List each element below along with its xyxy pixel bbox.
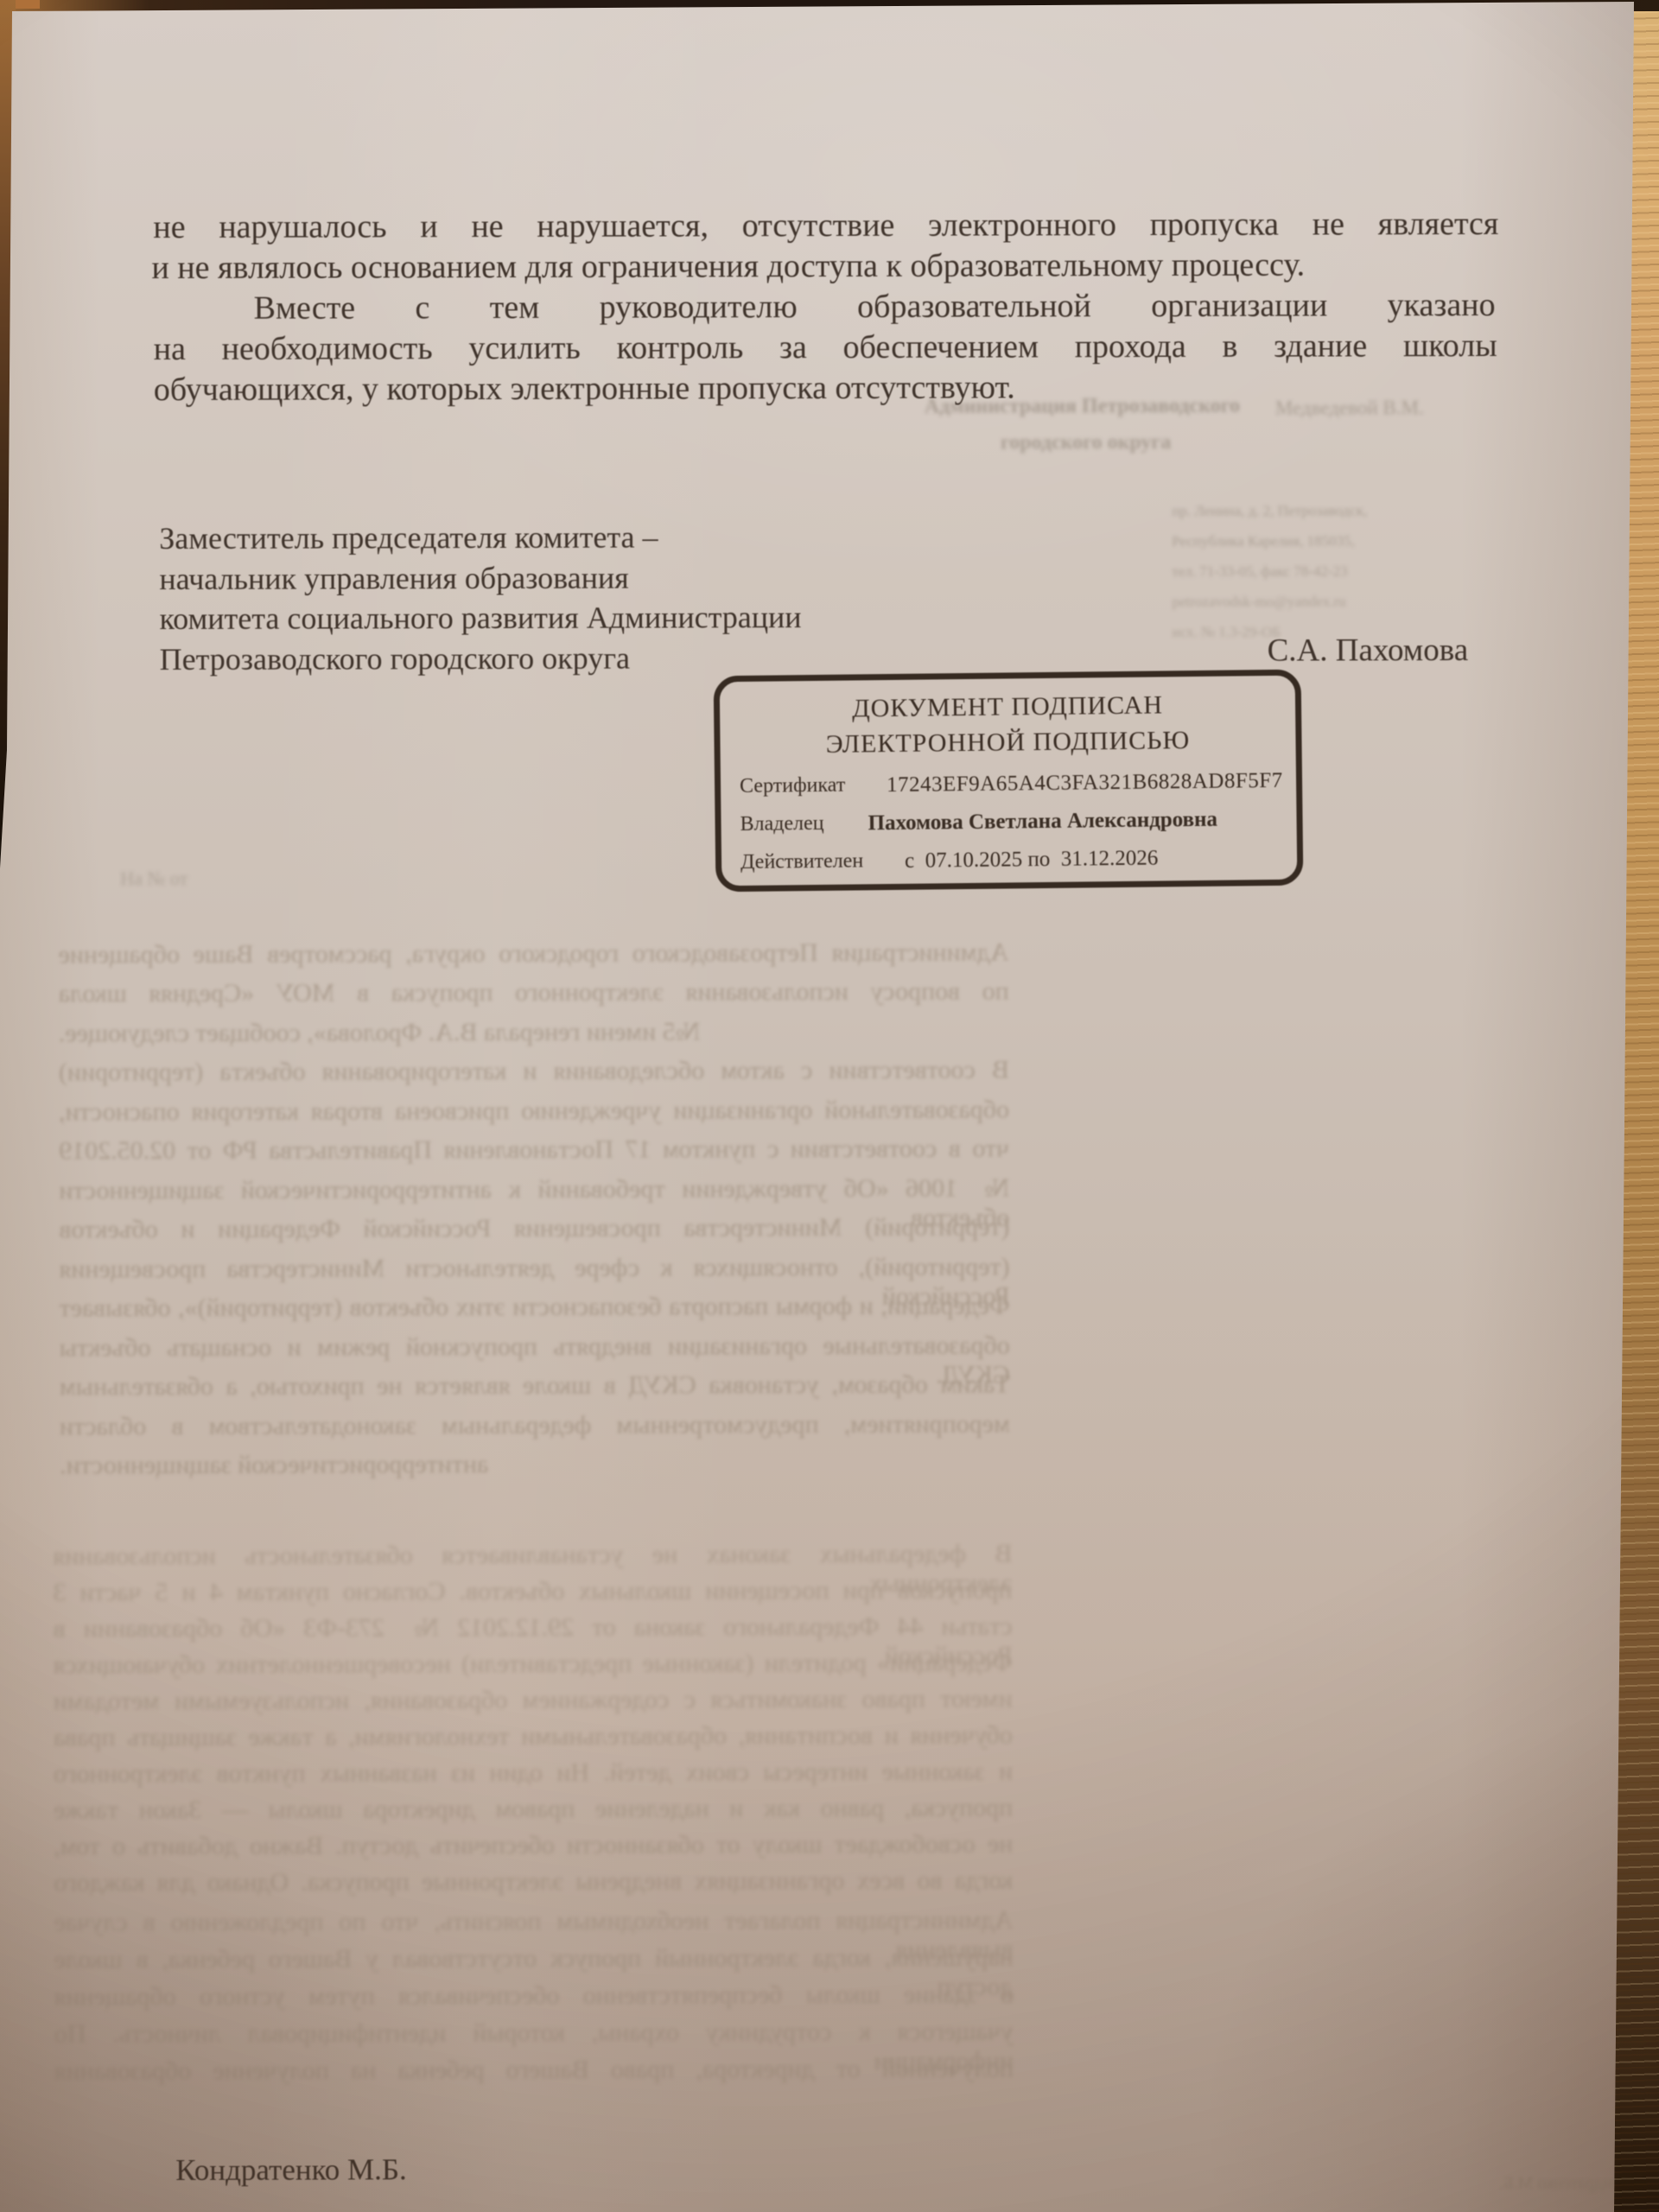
owner-row: Владелец Пахомова Светлана Александровна (740, 808, 1217, 837)
certificate-row: Сертификат 17243EF9A65A4C3FA321B6828AD8F… (740, 769, 1283, 799)
certificate-label: Сертификат (740, 773, 887, 799)
paragraph-line: Вместе с тем руководителю образовательно… (254, 285, 1496, 328)
paragraph-line: на необходимость усилить контроль за обе… (154, 326, 1497, 369)
bleedthrough-letterhead-line2: городского округа (1001, 431, 1171, 455)
bleedthrough-line: (территорий) Министерства просвещения Ро… (59, 1212, 1009, 1244)
bleedthrough-line: пропусков при посещении школьных объекто… (53, 1575, 1012, 1607)
stamp-title-line2: ЭЛЕКТРОННОЙ ПОДПИСЬЮ (720, 725, 1295, 761)
stamp-title-line1: ДОКУМЕНТ ПОДПИСАН (720, 690, 1295, 726)
bleedthrough-line: В соответствии с актом обследования и ка… (59, 1055, 1009, 1087)
bleedthrough-line: когда во всех организациях внедрены элек… (54, 1866, 1013, 1897)
bleedthrough-line: что в соответствии с пунктом 17 Постанов… (59, 1134, 1009, 1166)
bleedthrough-address-line: исх. № 1.3-29-ОБ (1173, 624, 1281, 641)
bleedthrough-address-line: пр. Ленина, д. 2, Петрозаводск, (1172, 502, 1367, 520)
bleedthrough-line: не освобождает школу от обязанности обес… (54, 1829, 1013, 1861)
validity-value: с 07.10.2025 по 31.12.2026 (905, 846, 1159, 873)
validity-row: Действителен с 07.10.2025 по 31.12.2026 (741, 846, 1159, 874)
bleedthrough-reference-field: На № от (120, 868, 188, 890)
bleedthrough-middle-block: Администрация Петрозаводского городского… (58, 938, 1010, 1510)
bleedthrough-lower-block: В федеральных законах не устанавливается… (53, 1539, 1013, 1913)
bleedthrough-line: в здание школы беспрепятственно обеспечи… (54, 1980, 1014, 2012)
photo-of-document: Администрация Петрозаводского Медведевой… (0, 0, 1659, 2212)
bleedthrough-line: пропуска, равно как и наделение правом д… (54, 1793, 1013, 1825)
owner-value: Пахомова Светлана Александровна (868, 808, 1217, 836)
bleedthrough-line: Таким образом, установка СКУД в школе яв… (60, 1370, 1010, 1402)
bleedthrough-bottom-block: Администрация полагает необходимым поясн… (54, 1905, 1014, 2098)
bleedthrough-line: образовательной организации учреждению п… (59, 1095, 1009, 1127)
certificate-value: 17243EF9A65A4C3FA321B6828AD8F5F7 (887, 769, 1283, 798)
bleedthrough-line: Федерации» родители (законные представит… (54, 1648, 1013, 1680)
document-page: Администрация Петрозаводского Медведевой… (0, 0, 1659, 2212)
esign-stamp: ДОКУМЕНТ ПОДПИСАН ЭЛЕКТРОННОЙ ПОДПИСЬЮ С… (714, 670, 1304, 893)
bleedthrough-line: и законные интересы своих детей. Ни один… (54, 1757, 1013, 1789)
signature-title-line: комитета социального развития Администра… (159, 597, 801, 639)
signature-title-line: начальник управления образования (159, 558, 628, 599)
executor-name: Кондратенко М.Б. (175, 2150, 407, 2190)
signature-title-line: Петрозаводского городского округа (160, 639, 630, 679)
bleedthrough-address-line: petrozavodsk-mo@yandex.ru (1172, 593, 1345, 611)
signature-title-line: Заместитель председателя комитета – (159, 518, 658, 559)
bleedthrough-line: имеют право знакомиться с содержанием об… (54, 1684, 1013, 1716)
signer-name: С.А. Пахомова (1268, 631, 1469, 671)
bleedthrough-line: антитеррористической защищенности. (60, 1448, 1010, 1480)
validity-label: Действителен (741, 849, 905, 875)
bleedthrough-line: полученной от директора, право Вашего ре… (54, 2054, 1014, 2086)
paragraph-line: и не являлось основанием для ограничения… (151, 245, 1305, 288)
document-content: Администрация Петрозаводского Медведевой… (0, 0, 1659, 2212)
bleedthrough-line: мероприятием, предусмотренным федеральны… (60, 1409, 1010, 1441)
bleedthrough-line: №5 имени генерала В.А. Фролова», сообщае… (59, 1016, 1009, 1048)
owner-label: Владелец (740, 811, 868, 837)
bleedthrough-line: Администрация Петрозаводского городского… (58, 938, 1008, 969)
paragraph-line: обучающихся, у которых электронные пропу… (154, 367, 1015, 410)
paragraph-line: не нарушалось и не нарушается, отсутстви… (153, 204, 1498, 247)
bleedthrough-line: по вопросу использования электронного пр… (59, 976, 1009, 1008)
bleedthrough-address-line: тел. 71-33-05, факс 78-42-23 (1172, 563, 1347, 581)
bleedthrough-line: обучения и воспитания, образовательными … (54, 1720, 1013, 1752)
bleedthrough-addressee: Медведевой В.М. (1275, 397, 1424, 419)
bleedthrough-address-line: Республика Карелия, 185035, (1172, 532, 1355, 550)
bleedthrough-line: Федерации, и формы паспорта безопасности… (60, 1291, 1010, 1323)
